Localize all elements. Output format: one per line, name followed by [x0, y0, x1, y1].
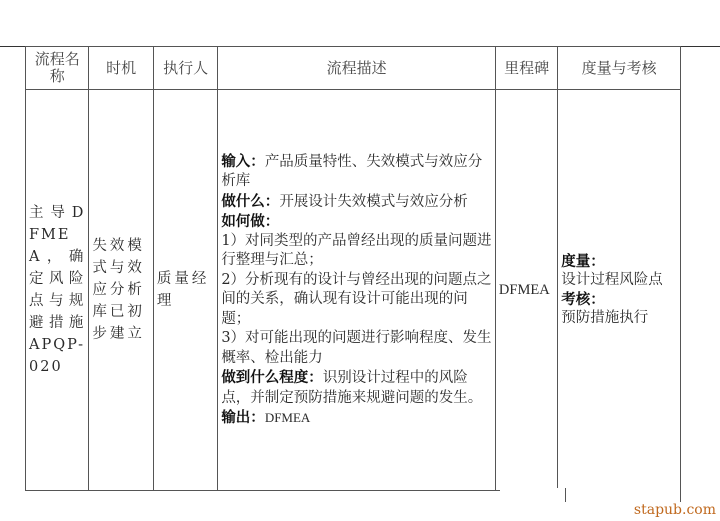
- output-line: 输出：DFMEA: [221, 408, 492, 429]
- what-text: 开展设计失效模式与效应分析: [279, 194, 468, 210]
- degree-line: 做到什么程度：识别设计过程中的风险点，并制定预防措施来规避问题的发生。: [221, 368, 492, 408]
- header-milestone: 里程碑: [495, 47, 557, 90]
- header-process-name: 流程名称: [26, 47, 89, 90]
- measure-text: 设计过程风险点: [561, 271, 677, 290]
- bottom-border-fade: [500, 488, 680, 494]
- table-header-row: 流程名称 时机 执行人 流程描述 里程碑 度量与考核: [26, 47, 681, 90]
- border-stub: [680, 488, 681, 502]
- header-description: 流程描述: [218, 47, 496, 90]
- how-label: 如何做：: [221, 212, 492, 232]
- assess-label: 考核：: [561, 290, 677, 309]
- cell-executor: 质量经理: [153, 90, 217, 491]
- what-label: 做什么：: [221, 193, 279, 210]
- rule-line-left: [0, 46, 25, 47]
- step-2: 2）分析现有的设计与曾经出现的问题点之间的关系，确认现有设计可能出现的问题；: [221, 271, 492, 330]
- step-1: 1）对同类型的产品曾经出现的质量问题进行整理与汇总；: [221, 232, 492, 271]
- input-label: 输入：: [221, 153, 265, 170]
- cell-description: 输入：产品质量特性、失效模式与效应分析库 做什么：开展设计失效模式与效应分析 如…: [218, 90, 496, 491]
- table-row: 主导DFMEA，确定风险点与规避措施APQP-020 失效模式与效应分析库已初步…: [26, 90, 681, 491]
- cell-metrics: 度量： 设计过程风险点 考核： 预防措施执行: [558, 90, 681, 491]
- border-stub: [565, 488, 566, 502]
- output-text: DFMEA: [265, 410, 311, 425]
- rule-line-right: [680, 46, 720, 47]
- what-line: 做什么：开展设计失效模式与效应分析: [221, 192, 492, 213]
- output-label: 输出：: [221, 409, 265, 426]
- step-3: 3）对可能出现的问题进行影响程度、发生概率、检出能力: [221, 329, 492, 368]
- assess-text: 预防措施执行: [561, 309, 677, 328]
- cell-milestone: DFMEA: [495, 90, 557, 491]
- watermark: stapub.com: [634, 502, 716, 518]
- cell-timing: 失效模式与效应分析库已初步建立: [89, 90, 153, 491]
- header-executor: 执行人: [153, 47, 217, 90]
- header-timing: 时机: [89, 47, 153, 90]
- header-metrics: 度量与考核: [558, 47, 681, 90]
- degree-label: 做到什么程度：: [221, 369, 323, 386]
- measure-label: 度量：: [561, 252, 677, 271]
- cell-process-name: 主导DFMEA，确定风险点与规避措施APQP-020: [26, 90, 89, 491]
- process-table: 流程名称 时机 执行人 流程描述 里程碑 度量与考核 主导DFMEA，确定风险点…: [25, 46, 681, 491]
- input-line: 输入：产品质量特性、失效模式与效应分析库: [221, 152, 492, 192]
